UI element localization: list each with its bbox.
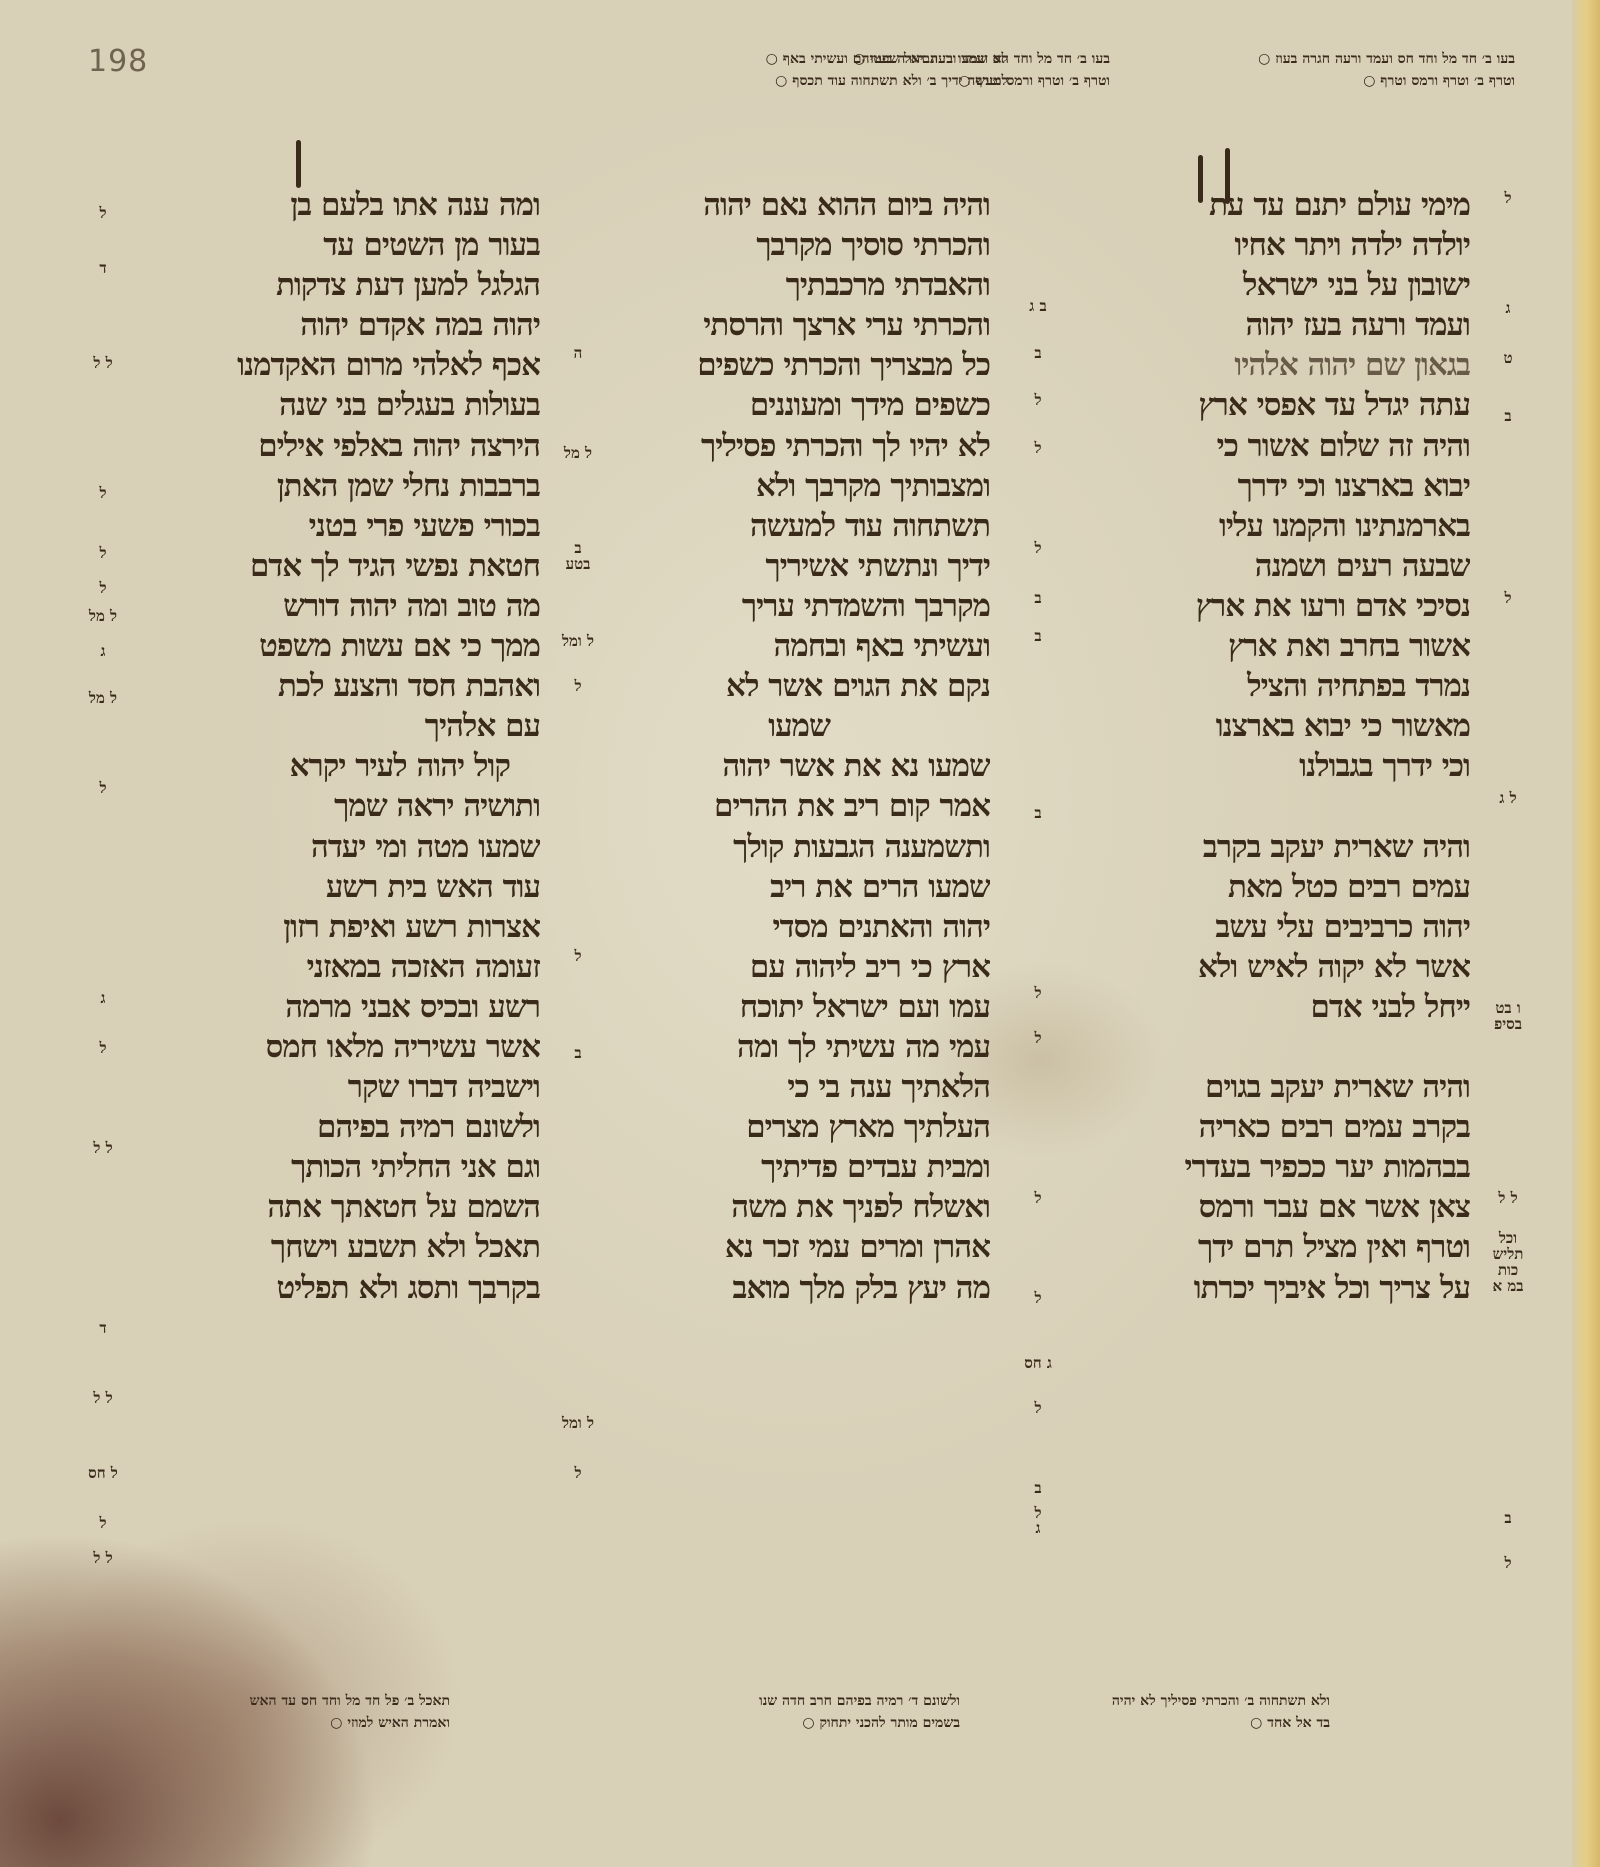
masora-note: ל — [85, 780, 121, 796]
top-note-middle: לא שמעו ב׳ ונביאל שפטיהם ועשיתי באף ○ למ… — [588, 48, 1008, 92]
masora-note: ל — [1020, 1505, 1056, 1521]
text-line: השמם על חטאתך אתה — [160, 1187, 540, 1227]
masora-note: ל חס — [85, 1465, 121, 1481]
text-line: בבהמות יער ככפיר בעדרי — [1110, 1147, 1470, 1187]
masora-note: ל ל — [1490, 1190, 1526, 1206]
masora-note: ג — [1490, 300, 1526, 316]
text-line: ייחל לבני אדם — [1110, 987, 1470, 1027]
masora-note: ב — [1020, 1480, 1056, 1496]
text-line: וגם אני החליתי הכותך — [160, 1147, 540, 1187]
section-gap — [1110, 786, 1470, 826]
masora-note: ב — [1490, 1510, 1526, 1526]
text-line: שמעו הרים את ריב — [630, 867, 990, 907]
text-line: נסיכי אדם ורעו את ארץ — [1110, 586, 1470, 626]
text-line: חטאת נפשי הגיד לך אדם — [160, 546, 540, 586]
masora-note: ל ל — [85, 1140, 121, 1156]
text-line: ברבבות נחלי שמן האתן — [160, 466, 540, 506]
masora-note: ד — [85, 1320, 121, 1336]
text-line: ארץ כי ריב ליהוה עם — [630, 947, 990, 987]
text-line: עמים רבים כטל מאת — [1110, 867, 1470, 907]
text-line: והיה שארית יעקב בגוים — [1110, 1067, 1470, 1107]
text-line: עתה יגדל עד אפסי ארץ — [1110, 385, 1470, 425]
text-line: ואהבת חסד והצנע לכת — [160, 666, 540, 706]
masora-note: ל — [85, 485, 121, 501]
masora-note: ג — [1020, 1520, 1056, 1536]
bottom-note-right-line: בד אל אחד ○ — [1050, 1712, 1330, 1734]
bottom-note-left-line: ואמרת האיש למוזי ○ — [150, 1712, 450, 1734]
text-line: כל מבצריך והכרתי כשפים — [630, 345, 990, 385]
masora-note: ג — [85, 990, 121, 1006]
masora-note: ב — [1020, 590, 1056, 606]
text-line: וטרף ואין מציל תרם ידך — [1110, 1227, 1470, 1267]
text-line: והיה זה שלום אשור כי — [1110, 426, 1470, 466]
masora-note: ב — [1020, 628, 1056, 644]
text-line: ישובון על בני ישראל — [1110, 265, 1470, 305]
masora-note: ל — [560, 1465, 596, 1481]
masora-note: ב — [1020, 805, 1056, 821]
text-line: ותושיה יראה שמך — [160, 786, 540, 826]
text-line: והאבדתי מרכבתיך — [630, 265, 990, 305]
text-line: כשפים מידך ומעוננים — [630, 385, 990, 425]
text-line: אמר קום ריב את ההרים — [630, 786, 990, 826]
text-column-right: מימי עולם יתנם עד עת יולדה ילדה ויתר אחי… — [1110, 185, 1470, 1308]
text-line: ומבית עבדים פדיתיך — [630, 1147, 990, 1187]
masora-note: ל — [560, 948, 596, 964]
lamed-ascender — [296, 140, 301, 188]
masora-note: ה — [560, 345, 596, 361]
text-line: והכרתי ערי ארצך והרסתי — [630, 305, 990, 345]
text-line: בארמנתינו והקמנו עליו — [1110, 506, 1470, 546]
masora-note: ל — [1490, 190, 1526, 206]
text-line: עוד האש בית רשע — [160, 867, 540, 907]
text-line: ממך כי אם עשות משפט — [160, 626, 540, 666]
text-line: וכי ידרך בגבולנו — [1110, 746, 1470, 786]
masora-note: ל — [1020, 985, 1056, 1001]
text-line: אכף לאלהי מרום האקדמנו — [160, 345, 540, 385]
text-line: יהוה כרביבים עלי עשב — [1110, 907, 1470, 947]
text-line: שמעו מטה ומי יעדה — [160, 827, 540, 867]
masora-note: ל — [1020, 440, 1056, 456]
bottom-note-right: ולא תשתחוה ב׳ והכרתי פסיליך לא יהיה בד א… — [1050, 1690, 1330, 1734]
text-line: והיה שארית יעקב בקרב — [1110, 827, 1470, 867]
bottom-note-middle-line: ולשונם ד׳ רמיה בפיהם חרב חדה שנו — [620, 1690, 960, 1712]
text-line: וישביה דברו שקר — [160, 1067, 540, 1107]
text-line: תאכל ולא תשבע וישחך — [160, 1227, 540, 1267]
top-note-middle-line: למעשה ידיך ב׳ ולא תשתחוה עוד תכסף ○ — [588, 70, 1008, 92]
text-column-middle: והיה ביום ההוא נאם יהוה והכרתי סוסיך מקר… — [630, 185, 990, 1308]
text-line: אהרן ומרים עמי זכר נא — [630, 1227, 990, 1267]
masora-note: ל — [85, 1040, 121, 1056]
text-line: זעומה האזכה במאזני — [160, 947, 540, 987]
masora-note: ל — [1020, 1190, 1056, 1206]
text-line: בעור מן השטים עד — [160, 225, 540, 265]
text-line: יהוה והאתנים מסדי — [630, 907, 990, 947]
masora-note: ל — [85, 205, 121, 221]
text-line: יהוה במה אקדם יהוה — [160, 305, 540, 345]
text-line: מה טוב ומה יהוה דורש — [160, 586, 540, 626]
text-line: נמרד בפתחיה והציל — [1110, 666, 1470, 706]
gilded-page-edge — [1572, 0, 1600, 1867]
top-note-far-right: בעו ב׳ חד מל וחד חס ועמד ורעה חגרה בעוז … — [1075, 48, 1515, 92]
text-line: אצרות רשע ואיפת רזון — [160, 907, 540, 947]
masora-note: ב — [1020, 345, 1056, 361]
top-note-middle-line: לא שמעו ב׳ ונביאל שפטיהם ועשיתי באף ○ — [588, 48, 1008, 70]
masora-note: ו בט בסיפ — [1490, 1000, 1526, 1032]
text-line: שבעה רעים ושמנה — [1110, 546, 1470, 586]
text-line: שמעו נא את אשר יהוה — [630, 746, 990, 786]
text-line: אשר עשיריה מלאו חמס — [160, 1027, 540, 1067]
text-line: ומצבותיך מקרבך ולא — [630, 466, 990, 506]
bottom-note-right-line: ולא תשתחוה ב׳ והכרתי פסיליך לא יהיה — [1050, 1690, 1330, 1712]
masora-note: ל ל — [85, 1550, 121, 1566]
text-line: מקרבך והשמדתי עריך — [630, 586, 990, 626]
masora-note: ב — [560, 1045, 596, 1061]
masora-note: ל ל — [85, 1390, 121, 1406]
masora-note: ל ומל — [560, 1415, 596, 1431]
text-line: בעולות בעגלים בני שנה — [160, 385, 540, 425]
masora-note: ל — [1020, 1030, 1056, 1046]
text-line: אשור בחרב ואת ארץ — [1110, 626, 1470, 666]
text-line: עמי מה עשיתי לך ומה — [630, 1027, 990, 1067]
text-line: לא יהיו לך והכרתי פסיליך — [630, 426, 990, 466]
text-line: נקם את הגוים אשר לא — [630, 666, 990, 706]
top-note-far-right-line: וטרף ב׳ וטרף ורמס וטרף ○ — [1075, 70, 1515, 92]
masora-note: ל מל — [560, 445, 596, 461]
text-line: עמו ועם ישראל יתוכח — [630, 987, 990, 1027]
text-line: ואשלח לפניך את משה — [630, 1187, 990, 1227]
text-line: יולדה ילדה ויתר אחיו — [1110, 225, 1470, 265]
text-line: ידיך ונתשתי אשיריך — [630, 546, 990, 586]
masora-note: ל — [560, 678, 596, 694]
text-line: על צריך וכל איביך יכרתו — [1110, 1268, 1470, 1308]
text-line: ומה ענה אתו בלעם בן — [160, 185, 540, 225]
masora-note: ג — [85, 643, 121, 659]
masora-note: ל — [1490, 1555, 1526, 1571]
masora-note: ל מל — [85, 608, 121, 624]
masora-note: ל — [1020, 1290, 1056, 1306]
text-line: שמעו — [630, 706, 990, 746]
bottom-note-middle-line: בשמים מותר להכני יתחוק ○ — [620, 1712, 960, 1734]
masora-note: ג חס — [1020, 1355, 1056, 1371]
bottom-note-middle: ולשונם ד׳ רמיה בפיהם חרב חדה שנו בשמים מ… — [620, 1690, 960, 1734]
masora-note: ל ג — [1490, 790, 1526, 806]
text-column-left: ומה ענה אתו בלעם בן בעור מן השטים עד הגל… — [160, 185, 540, 1308]
text-line: יבוא בארצנו וכי ידרך — [1110, 466, 1470, 506]
text-line: ולשונם רמיה בפיהם — [160, 1107, 540, 1147]
folio-number: 198 — [88, 44, 148, 79]
text-line: מה יעץ בלק מלך מואב — [630, 1268, 990, 1308]
text-line: צאן אשר אם עבר ורמס — [1110, 1187, 1470, 1227]
masora-note: ל — [85, 545, 121, 561]
masora-note: ל — [85, 1515, 121, 1531]
masora-note: ל — [1490, 590, 1526, 606]
text-line: עם אלהיך — [160, 706, 540, 746]
bottom-note-left-line: תאכל ב׳ פל חד מל וחד חס עד האש — [150, 1690, 450, 1712]
text-line: בכורי פשעי פרי בטני — [160, 506, 540, 546]
text-line: הירצה יהוה באלפי אילים — [160, 426, 540, 466]
masora-note: ב ג — [1020, 298, 1056, 314]
masora-note: ל — [1020, 392, 1056, 408]
text-line: אשר לא יקוה לאיש ולא — [1110, 947, 1470, 987]
masora-note: ל — [1020, 540, 1056, 556]
text-line: תשתחוה עוד למעשה — [630, 506, 990, 546]
text-line: בקרב עמים רבים כאריה — [1110, 1107, 1470, 1147]
text-line: והיה ביום ההוא נאם יהוה — [630, 185, 990, 225]
masora-note: וכל תליש כות במ א — [1490, 1230, 1526, 1294]
text-line: הגלגל למען דעת צדקות — [160, 265, 540, 305]
text-line: העלתיך מארץ מצרים — [630, 1107, 990, 1147]
text-line: ועמד ורעה בעז יהוה — [1110, 305, 1470, 345]
top-note-far-right-line: בעו ב׳ חד מל וחד חס ועמד ורעה חגרה בעוז … — [1075, 48, 1515, 70]
text-line: והכרתי סוסיך מקרבך — [630, 225, 990, 265]
text-line: מאשור כי יבוא בארצנו — [1110, 706, 1470, 746]
masora-note: ב — [1490, 408, 1526, 424]
text-line: ועשיתי באף ובחמה — [630, 626, 990, 666]
masora-note: ד — [85, 260, 121, 276]
text-line: רשע ובכיס אבני מרמה — [160, 987, 540, 1027]
section-gap — [1110, 1027, 1470, 1067]
bottom-note-left: תאכל ב׳ פל חד מל וחד חס עד האש ואמרת האי… — [150, 1690, 450, 1734]
masora-note: ב בטע — [560, 540, 596, 572]
text-line: קול יהוה לעיר יקרא — [160, 746, 540, 786]
text-line: בגאון שם יהוה אלהיו — [1110, 345, 1470, 385]
text-line: ותשמענה הגבעות קולך — [630, 827, 990, 867]
masora-note: ט — [1490, 350, 1526, 366]
masora-note: ל — [1020, 1400, 1056, 1416]
masora-note: ל ל — [85, 355, 121, 371]
text-line: הלאתיך ענה בי כי — [630, 1067, 990, 1107]
masora-note: ל מל — [85, 690, 121, 706]
masora-note: ל — [85, 580, 121, 596]
masora-note: ל ומל — [560, 633, 596, 649]
text-line: מימי עולם יתנם עד עת — [1110, 185, 1470, 225]
text-line: בקרבך ותסג ולא תפליט — [160, 1268, 540, 1308]
